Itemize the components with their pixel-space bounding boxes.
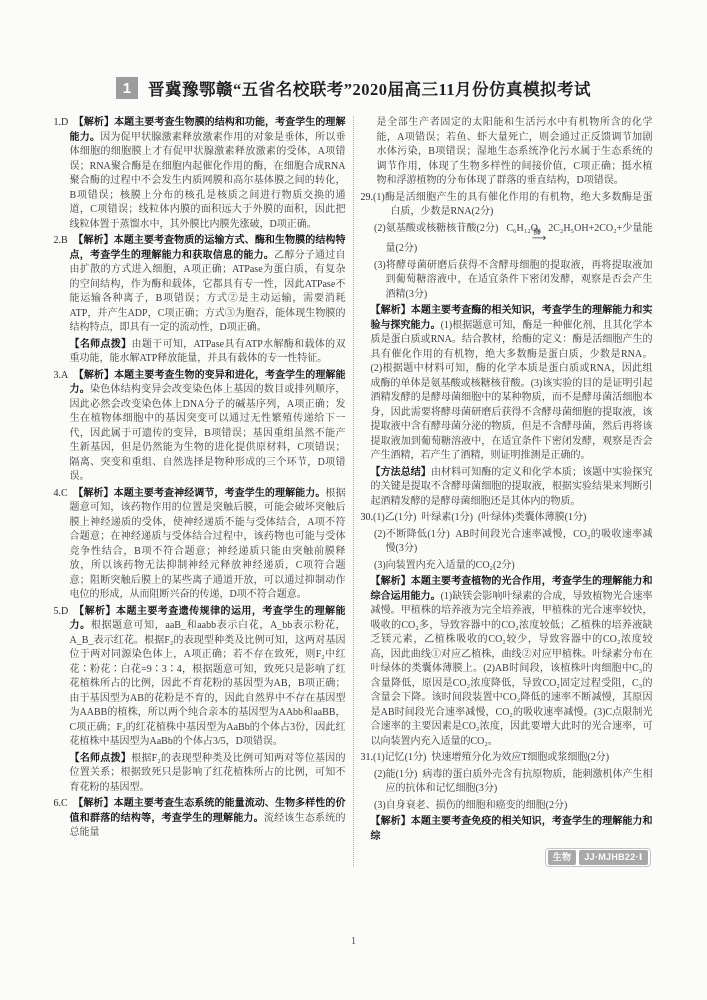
- q29-method-summary: 【方法总结】由材料可知酶的定义和化学本质；该题中实验探究的关键是提取不含酵母菌细…: [371, 466, 653, 510]
- answer-6-continuation: 是全部生产者固定的太阳能和生活污水中有机物所含的化学能，A项错误；若鱼、虾大量死…: [377, 116, 653, 189]
- footer-tag: 生物 JJ·MJHB22·Ⅰ: [545, 848, 651, 867]
- answer-1: 1.D【解析】本题主要考查生物膜的结构和功能，考查学生的理解能力。因为促甲状腺激…: [54, 116, 346, 232]
- answer-number: 3.A: [54, 370, 69, 381]
- q31-answer-2: (2)能(1分) 病毒的蛋白质外壳含有抗原物质，能刺激机体产生相应的抗体和记忆细…: [374, 768, 653, 797]
- teacher-note-5: 【名师点拨】根据F₂的表现型种类及比例可知两对等位基因的位置关系；根据致死只是影…: [70, 752, 346, 796]
- analysis-tag: 【解析】: [73, 798, 113, 809]
- analysis-body: 乙醇分子通过自由扩散的方式进入细胞，A项正确；ATPase为蛋白质，有复杂的空间…: [70, 250, 346, 334]
- answer-text: (1)记忆(1分) 快速增殖分化为效应T细胞或浆细胞(2分): [373, 752, 609, 763]
- analysis-body: (1)缺镁会影响叶绿素的合成，导致植物光合速率减慢。甲植株的培养液为完全培养液，…: [371, 591, 653, 747]
- answer-key-page: 1 晋冀豫鄂赣“五省名校联考”2020届高三11月份仿真模拟考试 1.D【解析】…: [0, 0, 707, 867]
- footer-code-badge: JJ·MJHB22·Ⅰ: [579, 850, 647, 865]
- exam-header: 1 晋冀豫鄂赣“五省名校联考”2020届高三11月份仿真模拟考试: [0, 0, 707, 100]
- analysis-lead: 本题主要考查免疫的相关知识，考查学生的理解能力和综: [371, 816, 653, 842]
- analysis-tag: 【解析】: [74, 606, 116, 617]
- answer-number: 6.C: [54, 798, 68, 809]
- analysis-tag: 【解析】: [74, 370, 114, 381]
- note-tag: 【名师点拨】: [70, 753, 132, 764]
- question-number: 29.: [361, 192, 374, 203]
- formula-products: 2C₂H₅OH+2CO₂: [548, 223, 616, 234]
- answer-number: 5.D: [54, 606, 69, 617]
- analysis-tag: 【解析】: [73, 488, 113, 499]
- q30-answer-2: (2)不断降低(1分) AB时间段光合速率减慢，CO₂的吸收速率减慢(3分): [374, 528, 653, 557]
- answer-text: (3)自身衰老、损伤的细胞和癌变的细胞(2分): [374, 800, 567, 811]
- answer-6: 6.C【解析】本题主要考查生态系统的能量流动、生物多样性的价值和群落的结构等，考…: [54, 797, 346, 841]
- q30-answer-1: 30.(1)乙(1分) 叶绿素(1分) (叶绿体)类囊体薄膜(1分): [361, 511, 653, 526]
- q29-answer-1: 29.(1)酶是活细胞产生的具有催化作用的有机物，绝大多数酶是蛋白质，少数是RN…: [361, 191, 653, 220]
- chemical-equation: C₆H₁₂O₆酶⟶2C₂H₅OH+2CO₂: [506, 223, 616, 234]
- answer-4: 4.C【解析】本题主要考查神经调节，考查学生的理解能力。根据题意可知，该药物作用…: [54, 487, 346, 603]
- analysis-lead: 本题主要考查神经调节，考查学生的理解能力。: [114, 488, 326, 499]
- q29-answer-2: (2)氨基酸或核糖核苷酸(2分)C₆H₁₂O₆酶⟶2C₂H₅OH+2CO₂+少量…: [374, 222, 653, 257]
- analysis-tag: 【解析】: [74, 117, 114, 128]
- content-columns: 1.D【解析】本题主要考查生物膜的结构和功能，考查学生的理解能力。因为促甲状腺激…: [54, 116, 654, 867]
- q31-answer-3: (3)自身衰老、损伤的细胞和癌变的细胞(2分): [374, 799, 653, 814]
- analysis-body: (1)根据题意可知，酶是一种催化剂，且其化学本质是蛋白质或RNA。结合教材，给酶…: [371, 320, 653, 462]
- analysis-body: 根据题意可知，该药物作用的位置是突触后膜，可能会破坏突触后膜上神经递质的受体，使…: [70, 488, 346, 601]
- analysis-body: 是全部生产者固定的太阳能和生活污水中有机物所含的化学能，A项错误；若鱼、虾大量死…: [377, 117, 653, 186]
- left-column: 1.D【解析】本题主要考查生物膜的结构和功能，考查学生的理解能力。因为促甲状腺激…: [54, 116, 346, 867]
- answer-text: (1)酶是活细胞产生的具有催化作用的有机物，绝大多数酶是蛋白质，少数是RNA(2…: [373, 192, 653, 218]
- answer-text: (2)氨基酸或核糖核苷酸(2分): [374, 223, 498, 234]
- analysis-tag: 【解析】: [371, 305, 411, 316]
- page-number: 1: [0, 936, 707, 947]
- note-tag: 【名师点拨】: [70, 339, 132, 350]
- exam-title: 晋冀豫鄂赣“五省名校联考”2020届高三11月份仿真模拟考试: [148, 76, 591, 100]
- answer-text: (3)将酵母菌研磨后获得不含酵母细胞的提取液，再将提取液加到葡萄糖溶液中，在适宜…: [374, 260, 653, 300]
- answer-number: 2.B: [54, 235, 68, 246]
- answer-3: 3.A【解析】本题主要考查生物的变异和进化，考查学生的理解能力。染色体结构变异会…: [54, 369, 346, 485]
- answer-5: 5.D【解析】本题主要考查遗传规律的运用，考查学生的理解能力。根据题意可知，aa…: [54, 605, 346, 750]
- question-number: 30.: [361, 512, 374, 523]
- q30-answer-3: (3)向装置内充入适量的CO₂(2分): [374, 559, 653, 574]
- analysis-body: 根据题意可知，aaB_和aabb表示白花，A_bb表示粉花，A_B_表示红花。根…: [70, 620, 346, 747]
- q29-answer-3: (3)将酵母菌研磨后获得不含酵母细胞的提取液，再将提取液加到葡萄糖溶液中，在适宜…: [374, 259, 653, 303]
- footer-subject-badge: 生物: [548, 850, 577, 865]
- q30-analysis: 【解析】本题主要考查植物的光合作用，考查学生的理解能力和综合运用能力。(1)缺镁…: [371, 575, 653, 749]
- reaction-arrow-icon: 酶⟶: [543, 229, 546, 243]
- answer-2: 2.B【解析】本题主要考查物质的运输方式、酶和生物膜的结构特点，考查学生的理解能…: [54, 234, 346, 336]
- q31-analysis: 【解析】本题主要考查免疫的相关知识，考查学生的理解能力和综: [371, 815, 653, 844]
- analysis-tag: 【解析】: [371, 816, 411, 827]
- exam-number-badge: 1: [116, 77, 138, 99]
- analysis-tag: 【解析】: [371, 576, 411, 587]
- analysis-tag: 【解析】: [73, 235, 113, 246]
- answer-text: (1)乙(1分) 叶绿素(1分) (叶绿体)类囊体薄膜(1分): [373, 512, 586, 523]
- answer-text: (2)能(1分) 病毒的蛋白质外壳含有抗原物质，能刺激机体产生相应的抗体和记忆细…: [374, 769, 653, 795]
- right-column: 是全部生产者固定的太阳能和生活污水中有机物所含的化学能，A项错误；若鱼、虾大量死…: [361, 116, 653, 867]
- analysis-body: 染色体结构变异会改变染色体上基因的数目或排列顺序，因此必然会改变染色体上DNA分…: [70, 384, 346, 482]
- q29-analysis: 【解析】本题主要考查酶的相关知识，考查学生的理解能力和实验与探究能力。(1)根据…: [371, 304, 653, 464]
- q31-answer-1: 31.(1)记忆(1分) 快速增殖分化为效应T细胞或浆细胞(2分): [361, 751, 653, 766]
- teacher-note-2: 【名师点拨】由题干可知，ATPase具有ATP水解酶和载体的双重功能，能水解AT…: [70, 338, 346, 367]
- answer-text: (3)向装置内充入适量的CO₂(2分): [374, 560, 515, 571]
- method-tag: 【方法总结】: [371, 467, 431, 478]
- answer-number: 4.C: [54, 488, 68, 499]
- footer: 生物 JJ·MJHB22·Ⅰ: [361, 848, 653, 867]
- arrow-glyph: ⟶: [543, 236, 546, 243]
- answer-text: (2)不断降低(1分) AB时间段光合速率减慢，CO₂的吸收速率减慢(3分): [374, 529, 653, 555]
- question-number: 31.: [361, 752, 374, 763]
- answer-number: 1.D: [54, 117, 69, 128]
- column-divider: [353, 116, 354, 867]
- analysis-body: 因为促甲状腺激素释放激素作用的对象是垂体，所以垂体细胞的细胞膜上才有促甲状腺激素…: [70, 132, 346, 230]
